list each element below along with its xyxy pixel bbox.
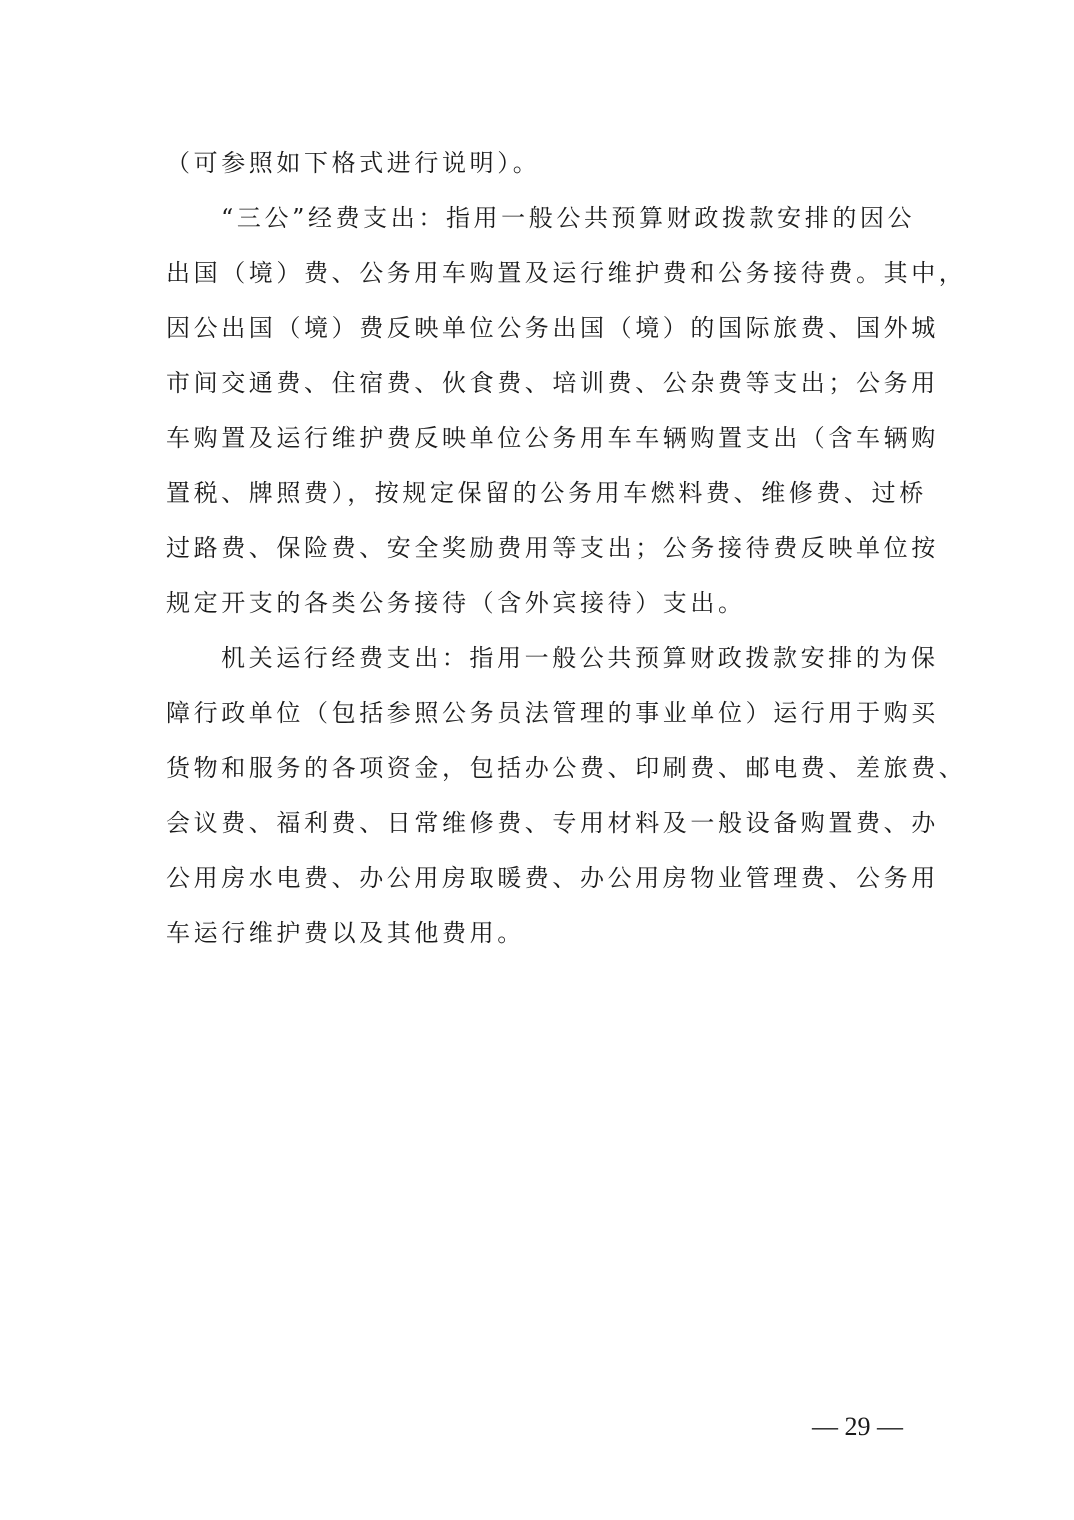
paragraph-jiguan-line: 公用房水电费、办公用房取暖费、办公用房物业管理费、公务用: [166, 851, 918, 906]
body-text: （可参照如下格式进行说明）。 “三公”经费支出：指用一般公共预算财政拨款安排的因…: [166, 136, 918, 961]
paragraph-san-gong-line: 车购置及运行维护费反映单位公务用车车辆购置支出（含车辆购: [166, 411, 918, 466]
paragraph-san-gong-line: 规定开支的各类公务接待（含外宾接待）支出。: [166, 576, 918, 631]
paragraph-san-gong-line: “三公”经费支出：指用一般公共预算财政拨款安排的因公: [166, 191, 918, 246]
paragraph-san-gong-line: 过路费、保险费、安全奖励费用等支出；公务接待费反映单位按: [166, 521, 918, 576]
paragraph-san-gong-line: 置税、牌照费），按规定保留的公务用车燃料费、维修费、过桥: [166, 466, 918, 521]
paragraph-jiguan-line: 障行政单位（包括参照公务员法管理的事业单位）运行用于购买: [166, 686, 918, 741]
paragraph-san-gong-line: 市间交通费、住宿费、伙食费、培训费、公杂费等支出；公务用: [166, 356, 918, 411]
paragraph-jiguan-line: 会议费、福利费、日常维修费、专用材料及一般设备购置费、办: [166, 796, 918, 851]
paragraph-intro-line: （可参照如下格式进行说明）。: [166, 136, 918, 191]
paragraph-jiguan-line: 货物和服务的各项资金，包括办公费、印刷费、邮电费、差旅费、: [166, 741, 918, 796]
document-page: （可参照如下格式进行说明）。 “三公”经费支出：指用一般公共预算财政拨款安排的因…: [0, 0, 1074, 1520]
paragraph-jiguan-line: 机关运行经费支出：指用一般公共预算财政拨款安排的为保: [166, 631, 918, 686]
paragraph-san-gong-line: 出国（境）费、公务用车购置及运行维护费和公务接待费。其中，: [166, 246, 918, 301]
paragraph-san-gong-line: 因公出国（境）费反映单位公务出国（境）的国际旅费、国外城: [166, 301, 918, 356]
paragraph-jiguan-line: 车运行维护费以及其他费用。: [166, 906, 918, 961]
page-number: — 29 —: [812, 1412, 903, 1442]
